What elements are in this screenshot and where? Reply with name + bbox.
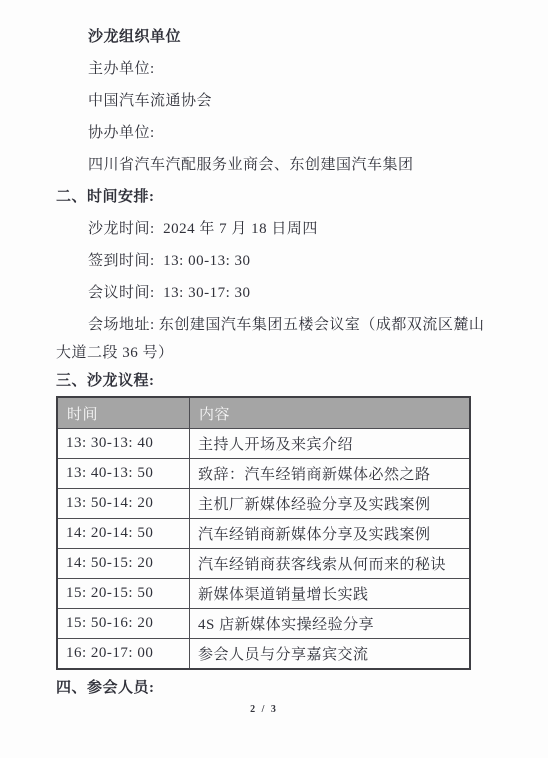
agenda-row: 13: 50-14: 20 主机厂新媒体经验分享及实践案例 [57, 489, 470, 519]
agenda-row-content: 4S 店新媒体实操经验分享 [190, 609, 471, 639]
agenda-row-time: 16: 20-17: 00 [57, 639, 190, 670]
agenda-row-time: 14: 20-14: 50 [57, 519, 190, 549]
agenda-row-content: 汽车经销商新媒体分享及实践案例 [190, 519, 471, 549]
agenda-header-row: 时间 内容 [57, 397, 470, 429]
agenda-header-content: 内容 [190, 397, 471, 429]
org-units-title: 沙龙组织单位 [56, 21, 472, 53]
agenda-row-content: 主持人开场及来宾介绍 [190, 429, 471, 459]
co-organizer-label: 协办单位: [56, 117, 472, 149]
agenda-row-content: 致辞：汽车经销商新媒体必然之路 [190, 459, 471, 489]
agenda-row-time: 13: 30-13: 40 [57, 429, 190, 459]
page-number: 2 / 3 [56, 704, 472, 715]
agenda-row-time: 15: 50-16: 20 [57, 609, 190, 639]
agenda-row-content: 主机厂新媒体经验分享及实践案例 [190, 489, 471, 519]
section-heading-participants: 四、参会人员: [56, 678, 472, 698]
agenda-row-time: 15: 20-15: 50 [57, 579, 190, 609]
agenda-row-time: 13: 50-14: 20 [57, 489, 190, 519]
venue-address-line2: 大道二段 36 号） [56, 341, 472, 369]
agenda-row: 15: 20-15: 50 新媒体渠道销量增长实践 [57, 579, 470, 609]
agenda-row-content: 参会人员与分享嘉宾交流 [190, 639, 471, 670]
host-unit-name: 中国汽车流通协会 [56, 85, 472, 117]
venue-address-line1: 会场地址: 东创建国汽车集团五楼会议室（成都双流区麓山 [56, 309, 472, 341]
host-unit-label: 主办单位: [56, 53, 472, 85]
agenda-row: 16: 20-17: 00 参会人员与分享嘉宾交流 [57, 639, 470, 670]
meeting-time-line: 会议时间: 13: 30-17: 30 [56, 277, 472, 309]
section-heading-time-arrangement: 二、时间安排: [56, 181, 472, 213]
agenda-row-content: 汽车经销商获客线索从何而来的秘诀 [190, 549, 471, 579]
agenda-row: 13: 40-13: 50 致辞：汽车经销商新媒体必然之路 [57, 459, 470, 489]
agenda-table: 时间 内容 13: 30-13: 40 主持人开场及来宾介绍 13: 40-13… [56, 396, 471, 670]
agenda-header-time: 时间 [57, 397, 190, 429]
agenda-row-time: 13: 40-13: 50 [57, 459, 190, 489]
agenda-row: 15: 50-16: 20 4S 店新媒体实操经验分享 [57, 609, 470, 639]
agenda-row-content: 新媒体渠道销量增长实践 [190, 579, 471, 609]
checkin-time-line: 签到时间: 13: 00-13: 30 [56, 245, 472, 277]
agenda-row: 14: 50-15: 20 汽车经销商获客线索从何而来的秘诀 [57, 549, 470, 579]
agenda-row-time: 14: 50-15: 20 [57, 549, 190, 579]
agenda-row: 13: 30-13: 40 主持人开场及来宾介绍 [57, 429, 470, 459]
document-page: 沙龙组织单位 主办单位: 中国汽车流通协会 协办单位: 四川省汽车汽配服务业商会… [0, 0, 548, 758]
co-organizer-name: 四川省汽车汽配服务业商会、东创建国汽车集团 [56, 149, 472, 181]
page-content: 沙龙组织单位 主办单位: 中国汽车流通协会 协办单位: 四川省汽车汽配服务业商会… [56, 0, 472, 715]
agenda-row: 14: 20-14: 50 汽车经销商新媒体分享及实践案例 [57, 519, 470, 549]
salon-time-line: 沙龙时间: 2024 年 7 月 18 日周四 [56, 213, 472, 245]
section-heading-agenda: 三、沙龙议程: [56, 369, 472, 393]
